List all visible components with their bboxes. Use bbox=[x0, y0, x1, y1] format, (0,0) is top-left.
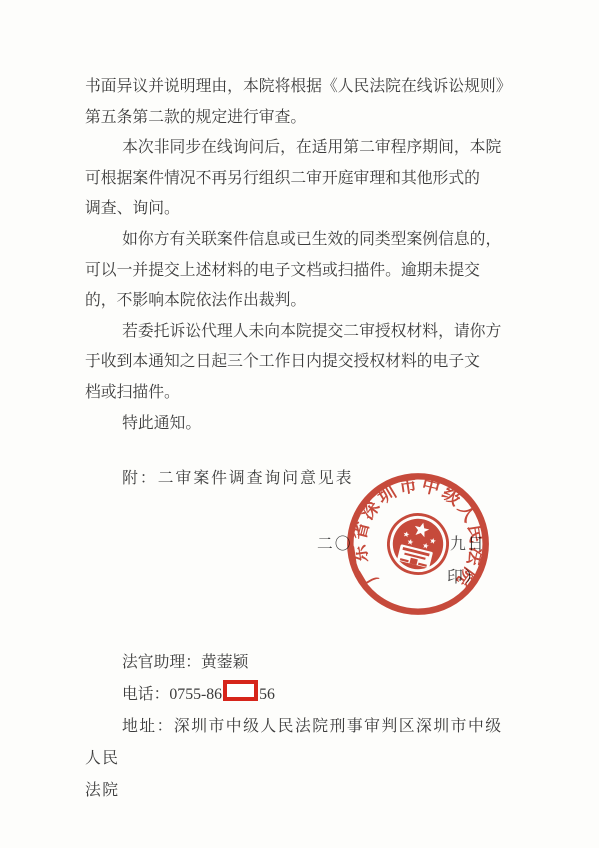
national-emblem-icon bbox=[382, 508, 454, 580]
court-seal-stamp: 广东省深圳市中级人民法院 bbox=[346, 472, 490, 616]
phone-suffix: 56 bbox=[259, 686, 275, 703]
assistant-name: 黄蓥颖 bbox=[201, 654, 248, 671]
paragraph-closing: 特此通知。 bbox=[85, 409, 517, 440]
paragraph: 本次非同步在线询问后，在适用第二审程序期间，本院 可根据案件情况不再另行组织二审… bbox=[85, 133, 517, 225]
redaction-box bbox=[223, 680, 258, 701]
contact-block: 法官助理：黄蓥颖 电话：0755-8656 地址：深圳市中级人民法院刑事审判区深… bbox=[85, 647, 517, 807]
assistant-label: 法官助理： bbox=[122, 654, 201, 671]
notice-body: 书面异议并说明理由，本院将根据《人民法院在线诉讼规则》 第五条第二款的规定进行审… bbox=[85, 72, 517, 495]
address-line: 地址：深圳市中级人民法院刑事审判区深圳市中级人民 法院 bbox=[85, 711, 517, 807]
paragraph: 若委托诉讼代理人未向本院提交二审授权材料，请你方 于收到本通知之日起三个工作日内… bbox=[85, 317, 517, 409]
paragraph: 如你方有关联案件信息或已生效的同类型案例信息的， 可以一并提交上述材料的电子文档… bbox=[85, 225, 517, 317]
phone-line: 电话：0755-8656 bbox=[85, 679, 517, 711]
phone-label: 电话： bbox=[122, 686, 169, 703]
paragraph-continuation: 书面异议并说明理由，本院将根据《人民法院在线诉讼规则》 第五条第二款的规定进行审… bbox=[85, 72, 517, 133]
phone-prefix: 0755-86 bbox=[169, 686, 222, 703]
assistant-line: 法官助理：黄蓥颖 bbox=[85, 647, 517, 679]
document-page: 书面异议并说明理由，本院将根据《人民法院在线诉讼规则》 第五条第二款的规定进行审… bbox=[0, 0, 599, 848]
